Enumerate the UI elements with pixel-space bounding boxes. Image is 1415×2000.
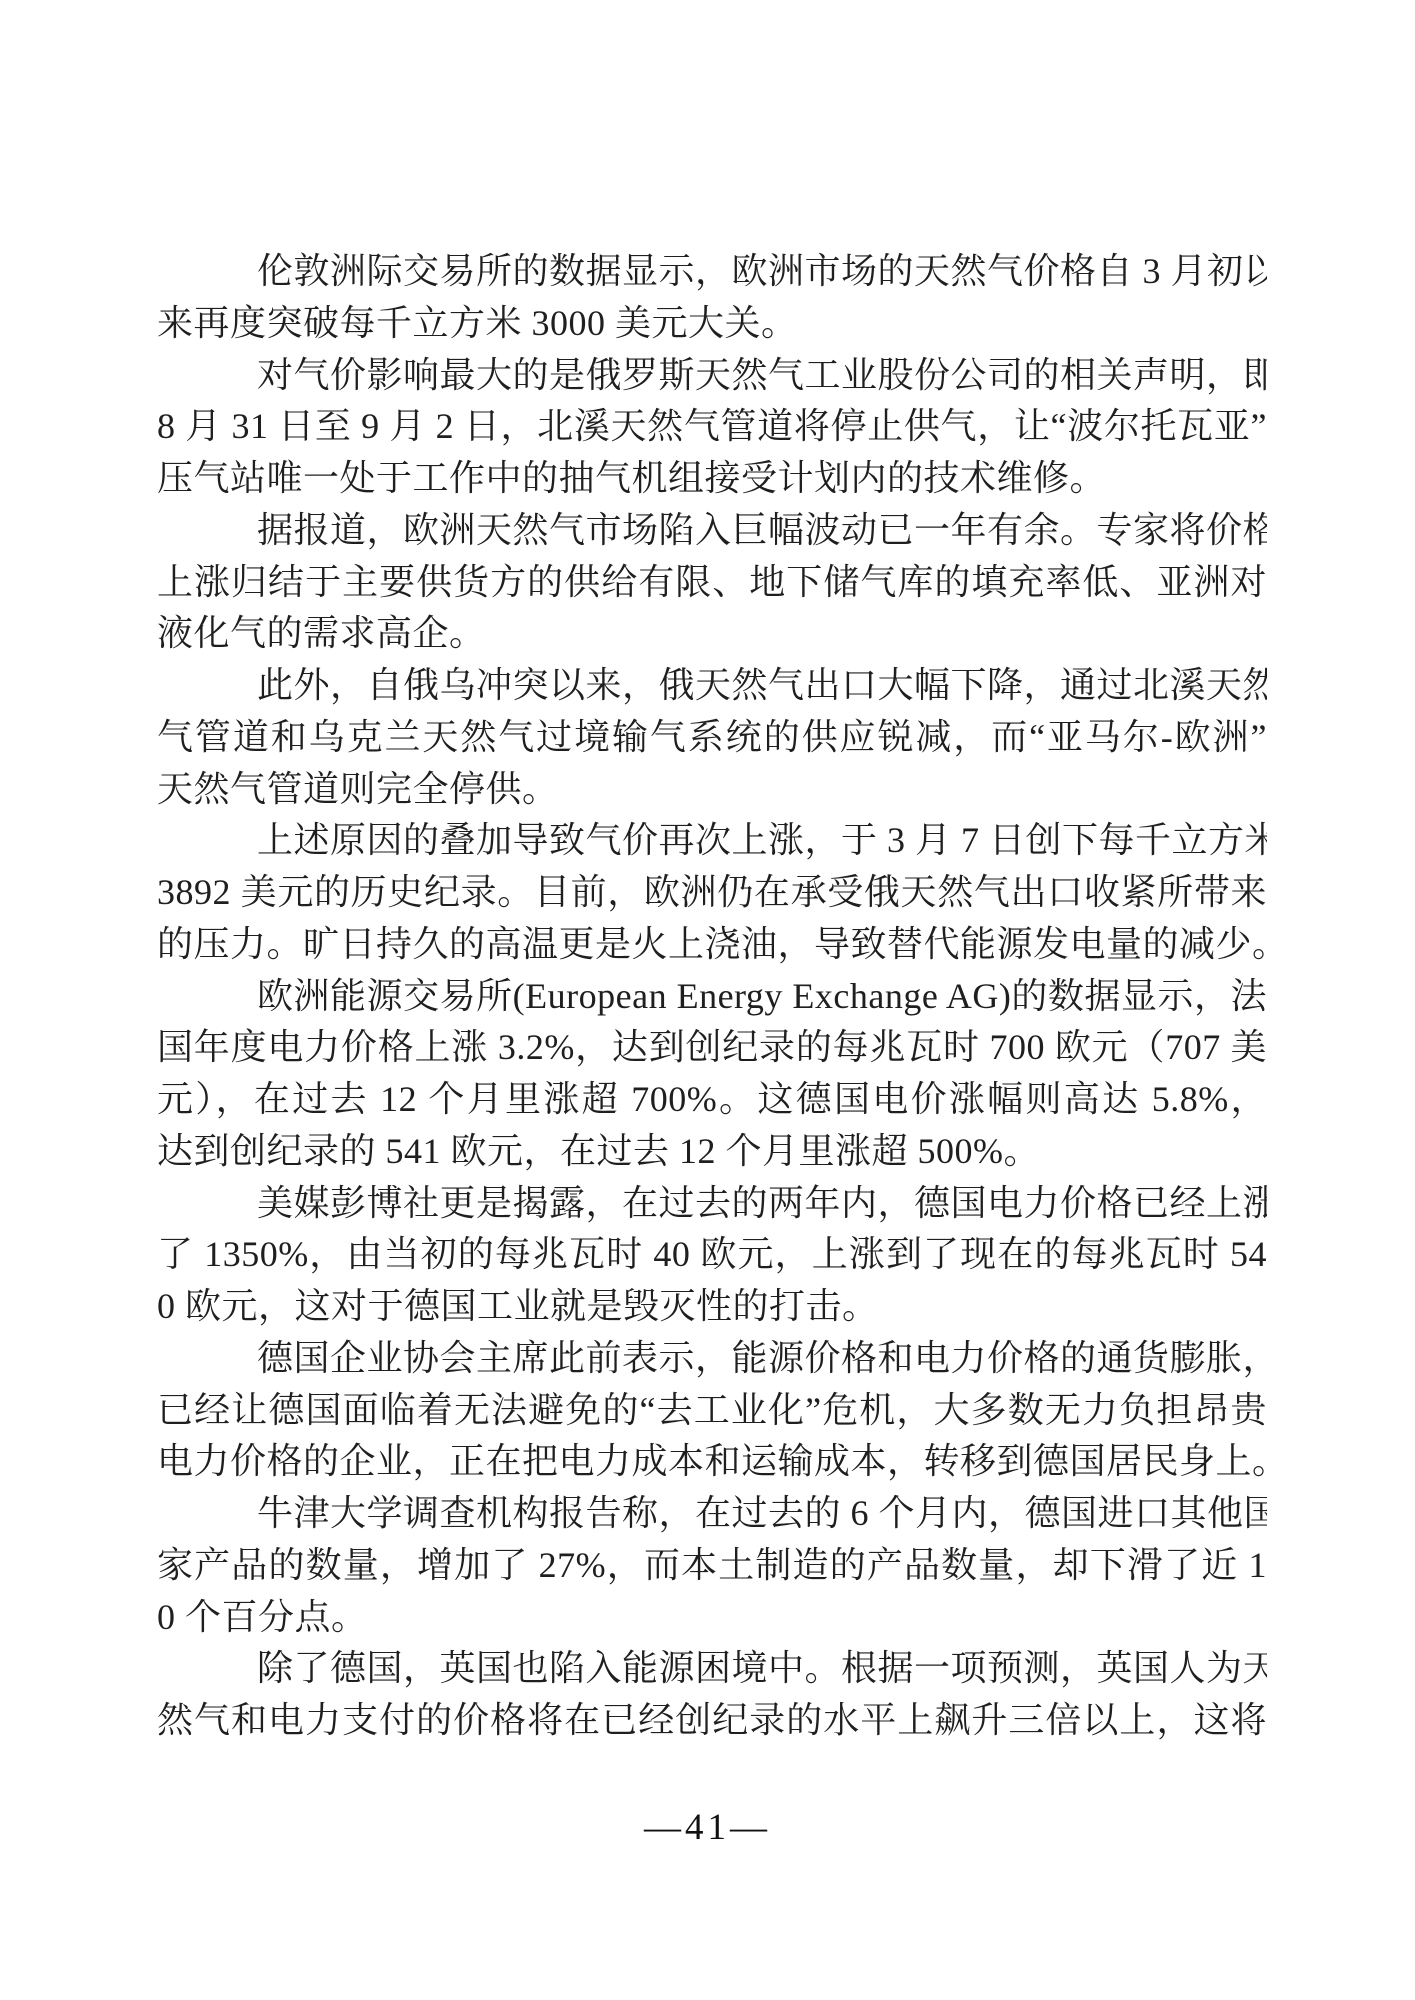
text-line: 家产品的数量，增加了 27%，而本土制造的产品数量，却下滑了近 1	[157, 1540, 1267, 1592]
text-line: 牛津大学调查机构报告称，在过去的 6 个月内，德国进口其他国	[157, 1488, 1267, 1540]
text-line: 了 1350%，由当初的每兆瓦时 40 欧元，上涨到了现在的每兆瓦时 54	[157, 1229, 1267, 1281]
text-line: 欧洲能源交易所(European Energy Exchange AG)的数据显…	[157, 971, 1267, 1023]
text-line: 然气和电力支付的价格将在已经创纪录的水平上飙升三倍以上，这将	[157, 1695, 1267, 1747]
text-line: 美媒彭博社更是揭露，在过去的两年内，德国电力价格已经上涨	[157, 1178, 1267, 1230]
text-line: 电力价格的企业，正在把电力成本和运输成本，转移到德国居民身上。	[157, 1436, 1267, 1488]
page-footer: —41—	[0, 1806, 1415, 1849]
text-line: 液化气的需求高企。	[157, 608, 1267, 660]
text-line: 0 欧元，这对于德国工业就是毁灭性的打击。	[157, 1281, 1267, 1333]
text-line: 来再度突破每千立方米 3000 美元大关。	[157, 298, 1267, 350]
text-line: 3892 美元的历史纪录。目前，欧洲仍在承受俄天然气出口收紧所带来	[157, 867, 1267, 919]
text-line: 伦敦洲际交易所的数据显示，欧洲市场的天然气价格自 3 月初以	[157, 246, 1267, 298]
text-line: 8 月 31 日至 9 月 2 日，北溪天然气管道将停止供气，让“波尔托瓦亚”	[157, 401, 1267, 453]
text-line: 国年度电力价格上涨 3.2%，达到创纪录的每兆瓦时 700 欧元（707 美	[157, 1022, 1267, 1074]
text-line: 德国企业协会主席此前表示，能源价格和电力价格的通货膨胀，	[157, 1333, 1267, 1385]
text-line: 上涨归结于主要供货方的供给有限、地下储气库的填充率低、亚洲对	[157, 557, 1267, 609]
text-line: 据报道，欧洲天然气市场陷入巨幅波动已一年有余。专家将价格	[157, 505, 1267, 557]
text-line: 压气站唯一处于工作中的抽气机组接受计划内的技术维修。	[157, 453, 1267, 505]
text-line: 天然气管道则完全停供。	[157, 764, 1267, 816]
text-line: 0 个百分点。	[157, 1592, 1267, 1644]
text-line: 的压力。旷日持久的高温更是火上浇油，导致替代能源发电量的减少。	[157, 919, 1267, 971]
text-line: 元），在过去 12 个月里涨超 700%。这德国电价涨幅则高达 5.8%，	[157, 1074, 1267, 1126]
text-line: 达到创纪录的 541 欧元，在过去 12 个月里涨超 500%。	[157, 1126, 1267, 1178]
document-page: 伦敦洲际交易所的数据显示，欧洲市场的天然气价格自 3 月初以 来再度突破每千立方…	[0, 0, 1415, 2000]
text-line: 除了德国，英国也陷入能源困境中。根据一项预测，英国人为天	[157, 1643, 1267, 1695]
text-line: 此外，自俄乌冲突以来，俄天然气出口大幅下降，通过北溪天然	[157, 660, 1267, 712]
text-line: 气管道和乌克兰天然气过境输气系统的供应锐减，而“亚马尔-欧洲”	[157, 712, 1267, 764]
text-line: 已经让德国面临着无法避免的“去工业化”危机，大多数无力负担昂贵	[157, 1385, 1267, 1437]
body-text: 伦敦洲际交易所的数据显示，欧洲市场的天然气价格自 3 月初以 来再度突破每千立方…	[157, 246, 1267, 1747]
text-line: 上述原因的叠加导致气价再次上涨，于 3 月 7 日创下每千立方米	[157, 815, 1267, 867]
text-line: 对气价影响最大的是俄罗斯天然气工业股份公司的相关声明，即	[157, 350, 1267, 402]
page-number: —41—	[644, 1807, 771, 1848]
